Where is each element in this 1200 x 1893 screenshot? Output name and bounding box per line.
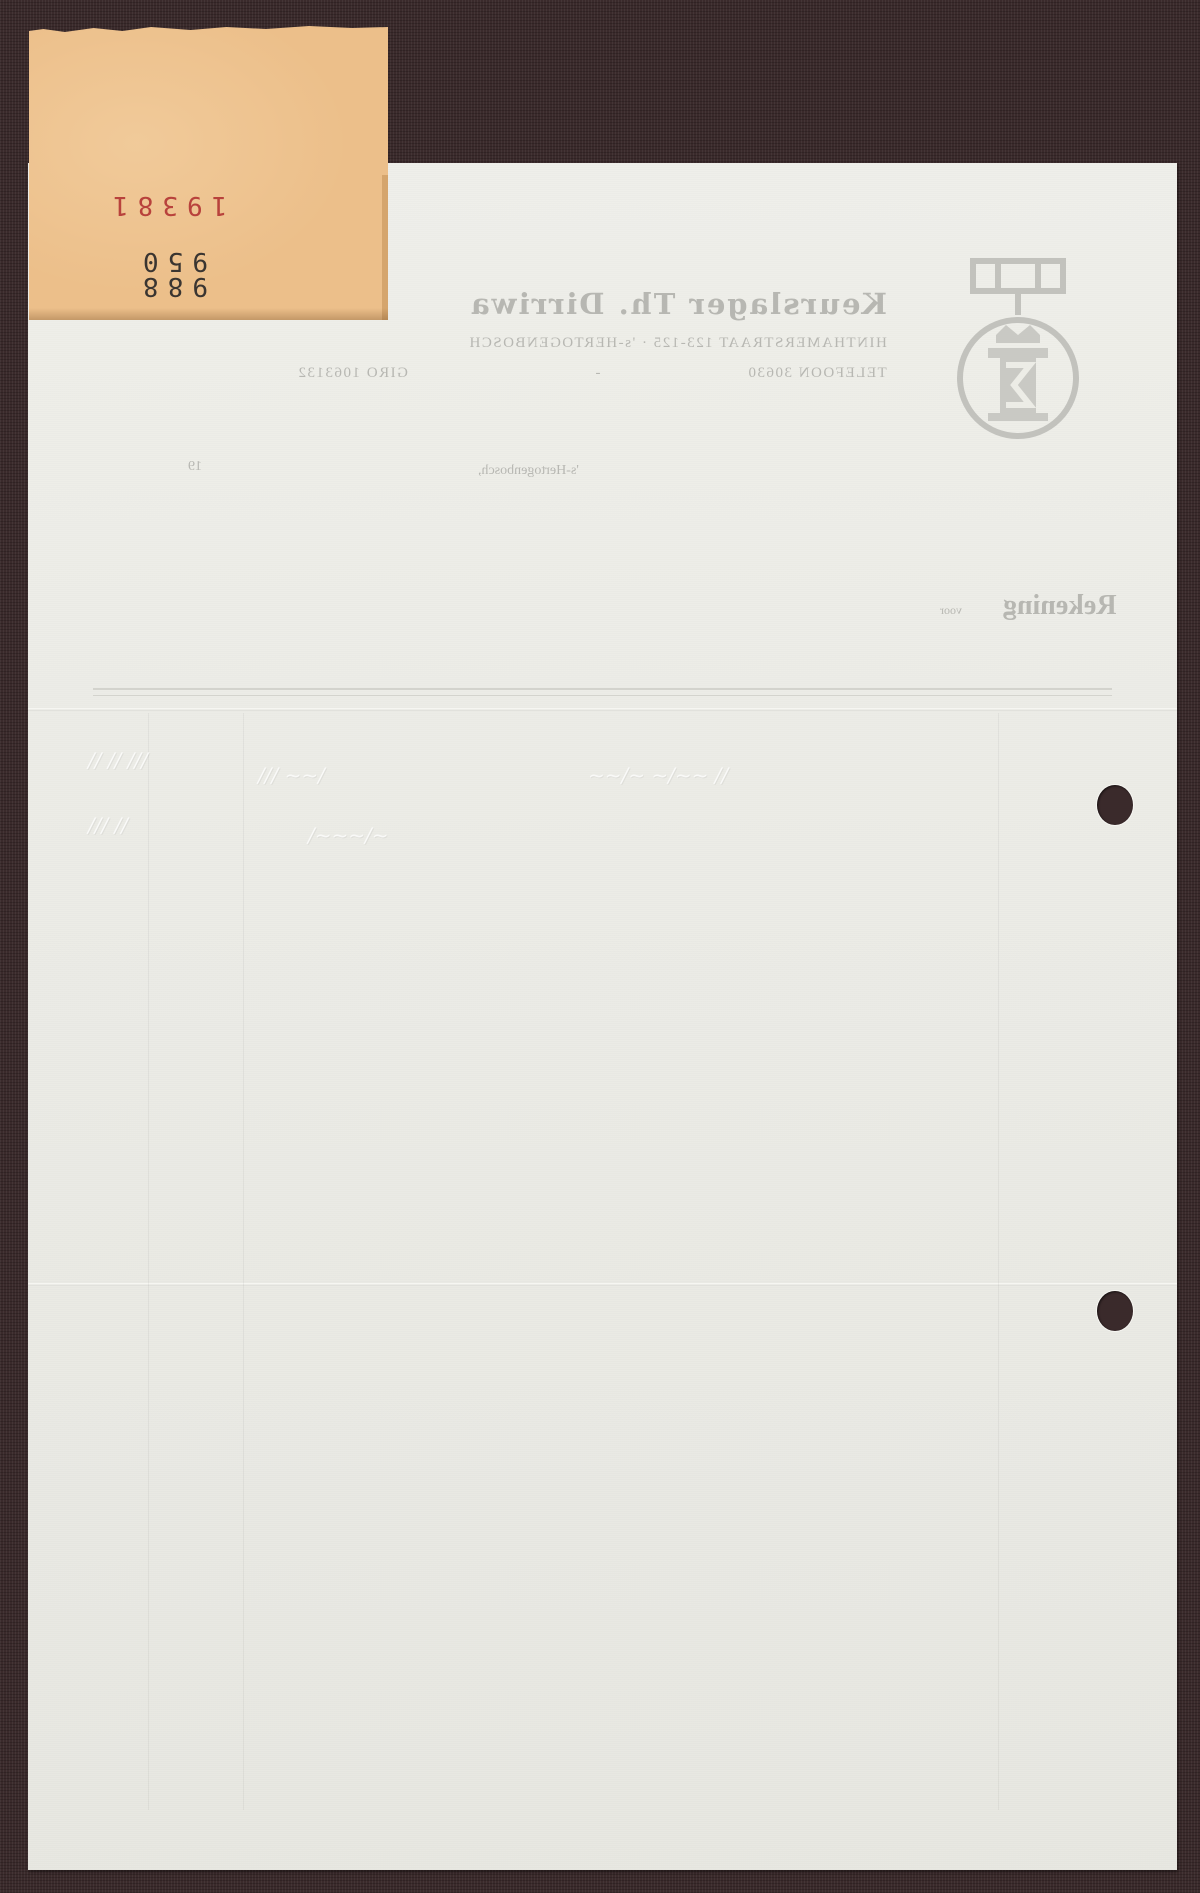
- paper-fold-line: [28, 708, 1177, 711]
- voor-label: voor: [940, 603, 962, 618]
- letterhead-address: HINTHAMERSTRAAT 123-125 · 's-HERTOGENBOS…: [468, 335, 887, 352]
- header-rule-thin: [93, 695, 1112, 696]
- archive-number-red: 19381: [104, 190, 227, 220]
- column-divider: [243, 713, 244, 1810]
- punch-hole: [1097, 1291, 1133, 1331]
- embossed-handwriting: ∕~~~∕~: [308, 823, 389, 847]
- invoice-sheet: Keurslager Th. Dirriwa HINTHAMERSTRAAT 1…: [28, 163, 1177, 1870]
- archive-sticker: 19381 950 988: [29, 25, 388, 320]
- paper-fold-line: [28, 1283, 1177, 1286]
- date-place-line: 's-Hertogenbosch,: [478, 463, 579, 479]
- embossed-handwriting: ∕∕ ∕∕ ∕∕∕: [88, 748, 148, 772]
- embossed-handwriting: ~~∕~ ~∕~~ ∕∕: [588, 763, 728, 787]
- letterhead-phone: TELEFOON 30630: [747, 365, 887, 382]
- sticker-shadow: [29, 308, 388, 320]
- embossed-handwriting: ∕∕∕ ∕∕: [88, 813, 128, 837]
- letterhead-giro: GIRO 1063132: [297, 365, 408, 382]
- letterhead-company-name: Keurslager Th. Dirriwa: [469, 287, 887, 321]
- column-divider: [148, 713, 149, 1810]
- sticker-fold-edge: [382, 175, 388, 320]
- keurslager-medal-logo-icon: [948, 253, 1088, 453]
- date-year-prefix: 19: [188, 459, 202, 475]
- archive-number-line3: 988: [134, 271, 208, 301]
- header-rule: [93, 688, 1112, 690]
- letterhead-separator: -: [596, 365, 603, 382]
- embossed-handwriting: ∕∕∕ ~~∕: [258, 763, 325, 787]
- punch-hole: [1097, 785, 1133, 825]
- column-divider: [998, 713, 999, 1810]
- invoice-title: Rekening: [1003, 590, 1117, 622]
